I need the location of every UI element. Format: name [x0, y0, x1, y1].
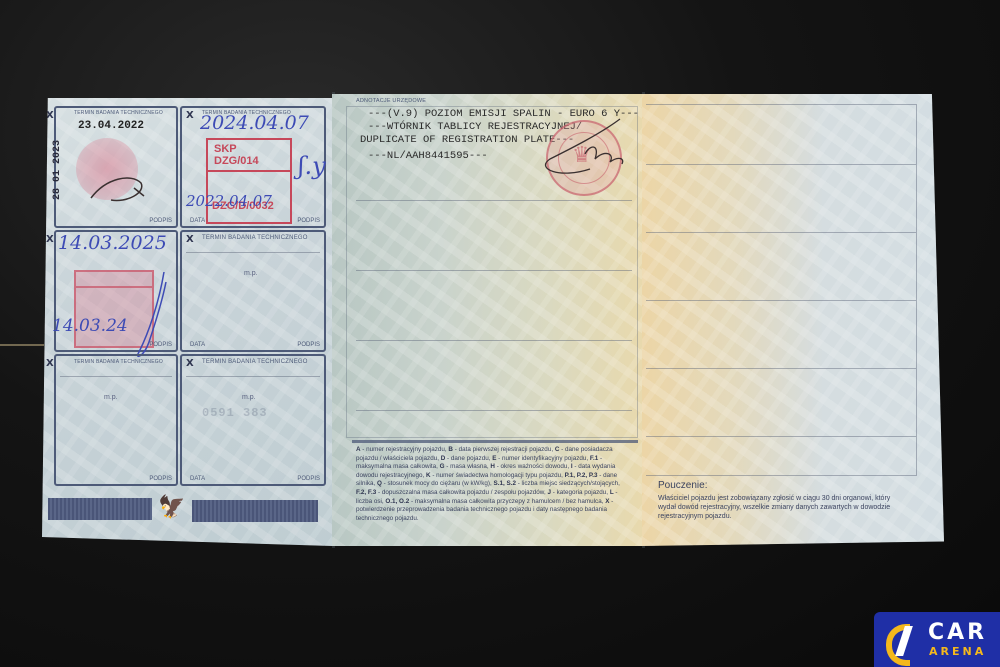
x-mark: X — [46, 110, 54, 121]
vertical-date-stamp: 28 01 2023 — [52, 140, 63, 200]
middle-page: ADNOTACJE URZĘDOWE ---(V.9) POZIOM EMISJ… — [332, 94, 642, 546]
inspection-box-2: X TERMIN BADANIA TECHNICZNEGO 2024.04.07… — [180, 106, 326, 228]
legend-key: O.1, O.2 — [385, 498, 409, 505]
x-mark: X — [186, 110, 194, 121]
legend-text: - liczba miejsc siedzących/stojących, — [516, 480, 620, 487]
inspection-station-stamp: SKP DZG/014 DZG/D/0032 — [206, 138, 292, 224]
car-arena-logo: CAR ARENA — [874, 612, 1000, 667]
stamp-station-code: SKP DZG/014 — [208, 140, 290, 172]
handwritten-inspection-date: 2022.04.07 — [186, 192, 272, 210]
legend-text: - stosunek mocy do ciężaru (w kW/kg), — [382, 480, 494, 487]
legend-text: - numer rejestracyjny pojazdu, — [361, 446, 449, 453]
handwritten-next-date: 14.03.2025 — [58, 232, 167, 254]
signature-label: PODPIS — [297, 342, 320, 348]
security-band-right — [192, 500, 318, 522]
stamp-placeholder: m.p. — [244, 270, 258, 277]
legend-key: P.1, P.2, P.3 — [565, 472, 598, 479]
legend-text: - okres ważności dowodu, — [495, 463, 571, 470]
instruction-text: Właściciel pojazdu jest zobowiązany zgło… — [658, 494, 908, 521]
inspection-box-1: X TERMIN BADANIA TECHNICZNEGO 23.04.2022… — [54, 106, 178, 228]
signature-label: PODPIS — [149, 342, 172, 348]
annotation-line-4: ---NL/AAH8441595--- — [368, 150, 488, 162]
faint-imprint: 0591 383 — [202, 406, 268, 420]
date-label: DATA — [190, 218, 205, 224]
stamp-placeholder: m.p. — [104, 394, 118, 401]
security-band-left — [48, 498, 152, 520]
x-mark: X — [186, 358, 194, 369]
left-page: X TERMIN BADANIA TECHNICZNEGO 23.04.2022… — [42, 98, 332, 546]
box-header: TERMIN BADANIA TECHNICZNEGO — [202, 235, 308, 241]
signature — [530, 114, 640, 184]
inspection-box-4: X TERMIN BADANIA TECHNICZNEGO m.p. DATA … — [180, 230, 326, 352]
field-code-legend: A - numer rejestracyjny pojazdu, B - dat… — [356, 446, 630, 523]
x-mark: X — [186, 234, 194, 245]
signature — [86, 168, 156, 208]
section-label: ADNOTACJE URZĘDOWE — [356, 98, 426, 104]
handwritten-next-date: 2024.04.07 — [200, 112, 309, 134]
box-header: TERMIN BADANIA TECHNICZNEGO — [74, 110, 163, 116]
box-header: TERMIN BADANIA TECHNICZNEGO — [202, 359, 308, 365]
instruction-title: Pouczenie: — [658, 480, 707, 491]
signature-label: PODPIS — [297, 218, 320, 224]
right-page: Pouczenie: Właściciel pojazdu jest zobow… — [642, 94, 944, 546]
x-mark: X — [46, 358, 54, 369]
logo-text-arena: ARENA — [929, 645, 986, 658]
logo-text-car: CAR — [928, 620, 987, 645]
legend-key: F.1 — [590, 455, 598, 462]
date-label: DATA — [190, 476, 205, 482]
date-label: DATA — [190, 342, 205, 348]
legend-text: - dopuszczalna masa całkowita pojazdu / … — [376, 489, 547, 496]
legend-text: - numer świadectwa homologacji typu poja… — [431, 472, 565, 479]
legend-key: S.1, S.2 — [494, 480, 516, 487]
legend-text: - dane pojazdu, — [445, 455, 492, 462]
legend-text: - masa własna, — [445, 463, 491, 470]
x-mark: X — [46, 234, 54, 245]
legend-text: - maksymalna masa całkowita przyczepy z … — [409, 498, 605, 505]
inspection-box-3: X 14.03.2025 14.03.24 PODPIS — [54, 230, 178, 352]
legend-text: - kategoria pojazdu, — [551, 489, 610, 496]
legend-text: - numer identyfikacyjny pojazdu, — [496, 455, 589, 462]
signature-label: PODPIS — [297, 476, 320, 482]
stamp-placeholder: m.p. — [242, 394, 256, 401]
legend-divider — [352, 440, 638, 443]
box-header: TERMIN BADANIA TECHNICZNEGO — [74, 359, 163, 365]
handwritten-inspection-date: 14.03.24 — [52, 316, 128, 336]
signature — [134, 272, 174, 362]
inspection-box-5: X TERMIN BADANIA TECHNICZNEGO m.p. PODPI… — [54, 354, 178, 486]
typed-date: 23.04.2022 — [78, 120, 144, 132]
signature-label: PODPIS — [149, 476, 172, 482]
right-page-frame — [646, 104, 917, 476]
thread — [0, 344, 44, 346]
legend-text: - data pierwszej rejestracji pojazdu, — [453, 446, 555, 453]
signature-label: PODPIS — [149, 218, 172, 224]
registration-document: X TERMIN BADANIA TECHNICZNEGO 23.04.2022… — [42, 92, 944, 548]
signature: ʃ.y — [298, 152, 326, 180]
inspection-box-6: X TERMIN BADANIA TECHNICZNEGO m.p. 0591 … — [180, 354, 326, 486]
legend-key: F.2, F.3 — [356, 489, 376, 496]
polish-eagle-emblem: 🦅 — [158, 494, 185, 520]
